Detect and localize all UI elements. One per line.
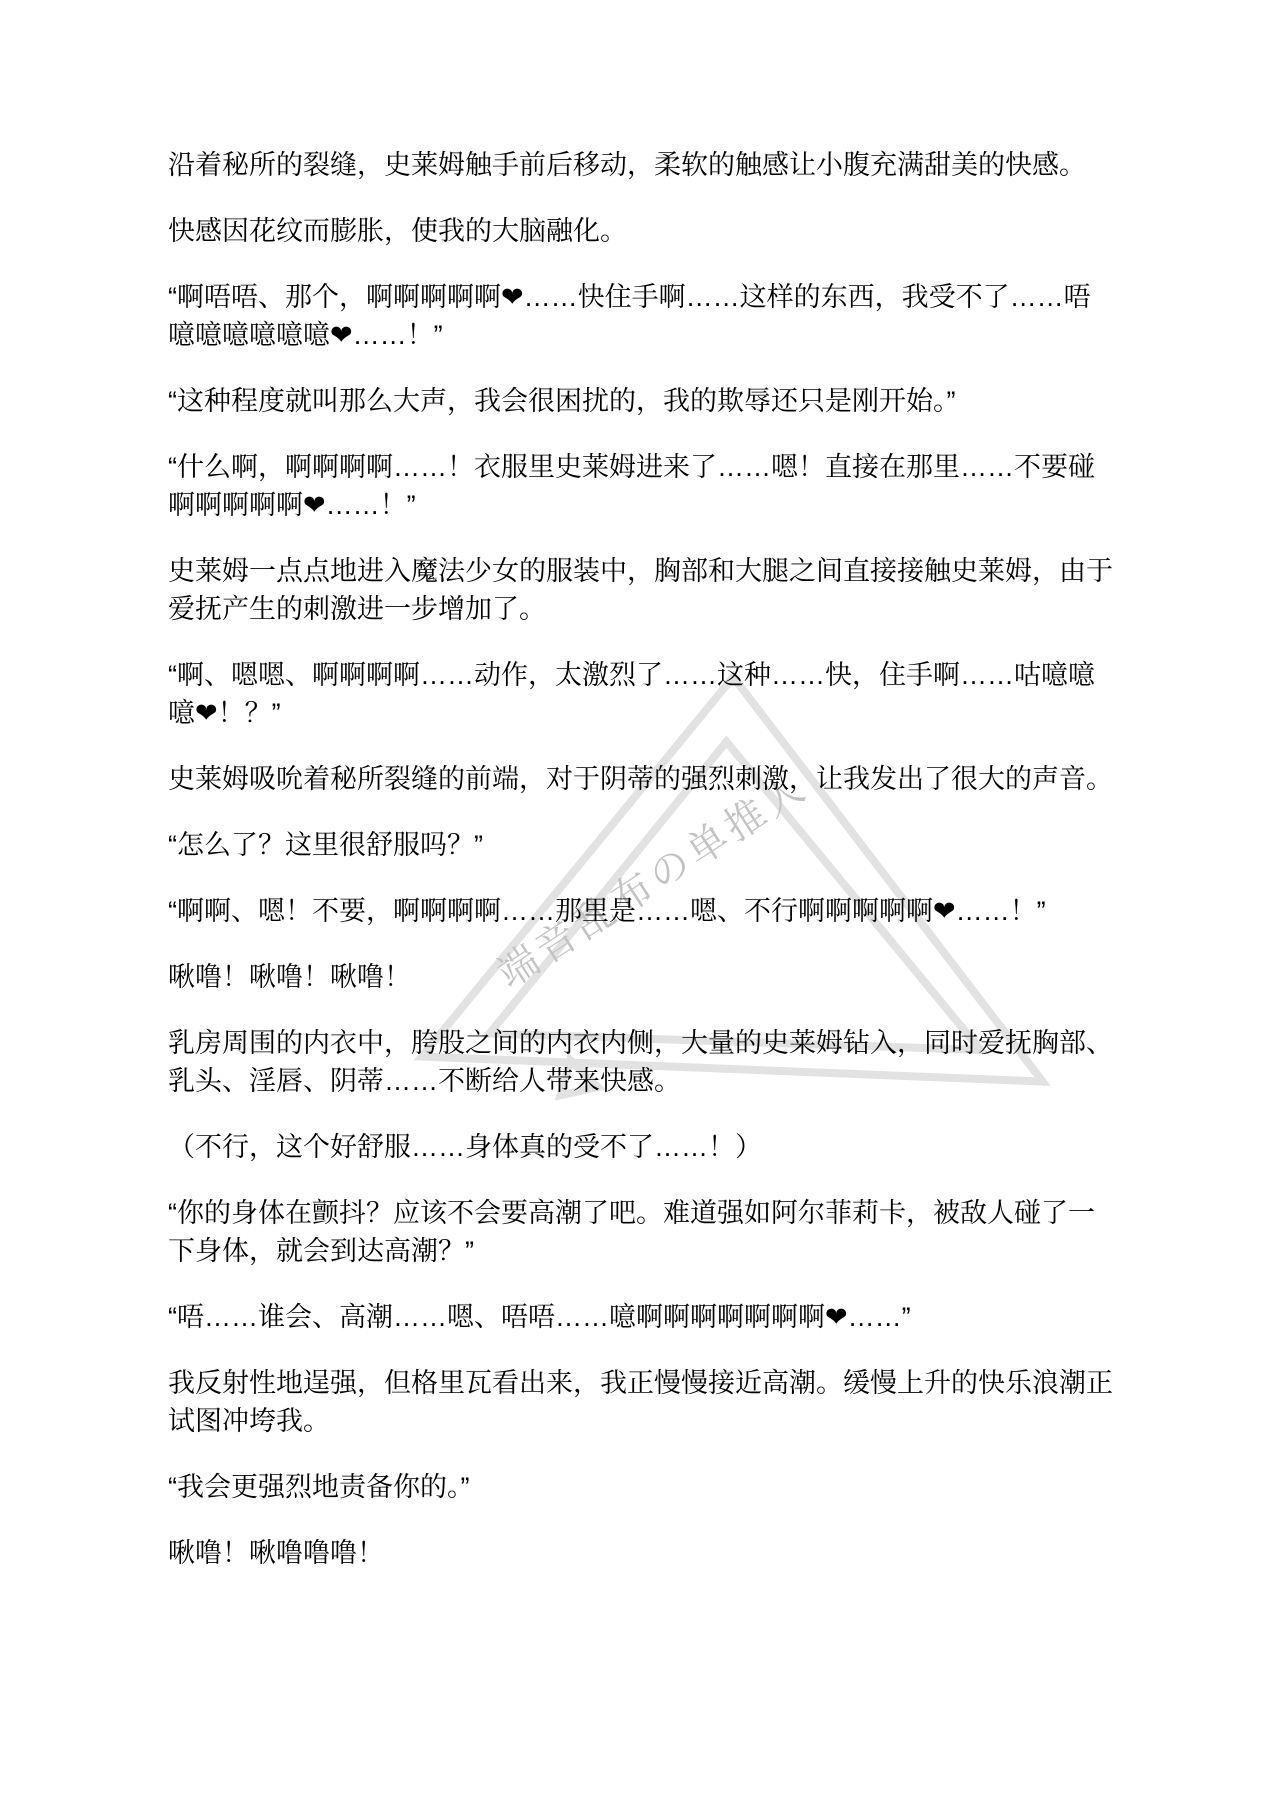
- paragraph: “这种程度就叫那么大声，我会很困扰的，我的欺辱还只是刚开始。”: [168, 382, 1116, 420]
- paragraph: “啊、嗯嗯、啊啊啊啊……动作，太激烈了……这种……快，住手啊……咕噫噫噫❤！？”: [168, 656, 1116, 732]
- paragraph: “怎么了？这里很舒服吗？”: [168, 826, 1116, 864]
- paragraph: “啊唔唔、那个，啊啊啊啊啊❤……快住手啊……这样的东西，我受不了……唔噫噫噫噫噫…: [168, 278, 1116, 354]
- paragraph: 啾噜！啾噜！啾噜！: [168, 958, 1116, 996]
- paragraph: “唔……谁会、高潮……嗯、唔唔……噫啊啊啊啊啊啊啊❤……”: [168, 1298, 1116, 1336]
- paragraph: 我反射性地逞强，但格里瓦看出来，我正慢慢接近高潮。缓慢上升的快乐浪潮正试图冲垮我…: [168, 1364, 1116, 1440]
- paragraph: 啾噜！啾噜噜噜！: [168, 1534, 1116, 1572]
- paragraph: 沿着秘所的裂缝，史莱姆触手前后移动，柔软的触感让小腹充满甜美的快感。: [168, 146, 1116, 184]
- paragraph: “你的身体在颤抖？应该不会要高潮了吧。难道强如阿尔菲莉卡，被敌人碰了一下身体，就…: [168, 1194, 1116, 1270]
- paragraph: （不行，这个好舒服……身体真的受不了……！）: [168, 1128, 1116, 1166]
- paragraph: 快感因花纹而膨胀，使我的大脑融化。: [168, 212, 1116, 250]
- paragraph: 史莱姆一点点地进入魔法少女的服装中，胸部和大腿之间直接接触史莱姆，由于爱抚产生的…: [168, 552, 1116, 628]
- paragraph: “我会更强烈地责备你的。”: [168, 1468, 1116, 1506]
- paragraph: “啊啊、嗯！不要，啊啊啊啊……那里是……嗯、不行啊啊啊啊啊❤……！”: [168, 892, 1116, 930]
- paragraph: 史莱姆吸吮着秘所裂缝的前端，对于阴蒂的强烈刺激，让我发出了很大的声音。: [168, 760, 1116, 798]
- story-text: 沿着秘所的裂缝，史莱姆触手前后移动，柔软的触感让小腹充满甜美的快感。快感因花纹而…: [168, 146, 1116, 1600]
- paragraph: “什么啊，啊啊啊啊……！衣服里史莱姆进来了……嗯！直接在那里……不要碰啊啊啊啊啊…: [168, 448, 1116, 524]
- document-page: 端音乱布の单推人 沿着秘所的裂缝，史莱姆触手前后移动，柔软的触感让小腹充满甜美的…: [0, 0, 1280, 1810]
- paragraph: 乳房周围的内衣中，胯股之间的内衣内侧，大量的史莱姆钻入，同时爱抚胸部、乳头、淫唇…: [168, 1024, 1116, 1100]
